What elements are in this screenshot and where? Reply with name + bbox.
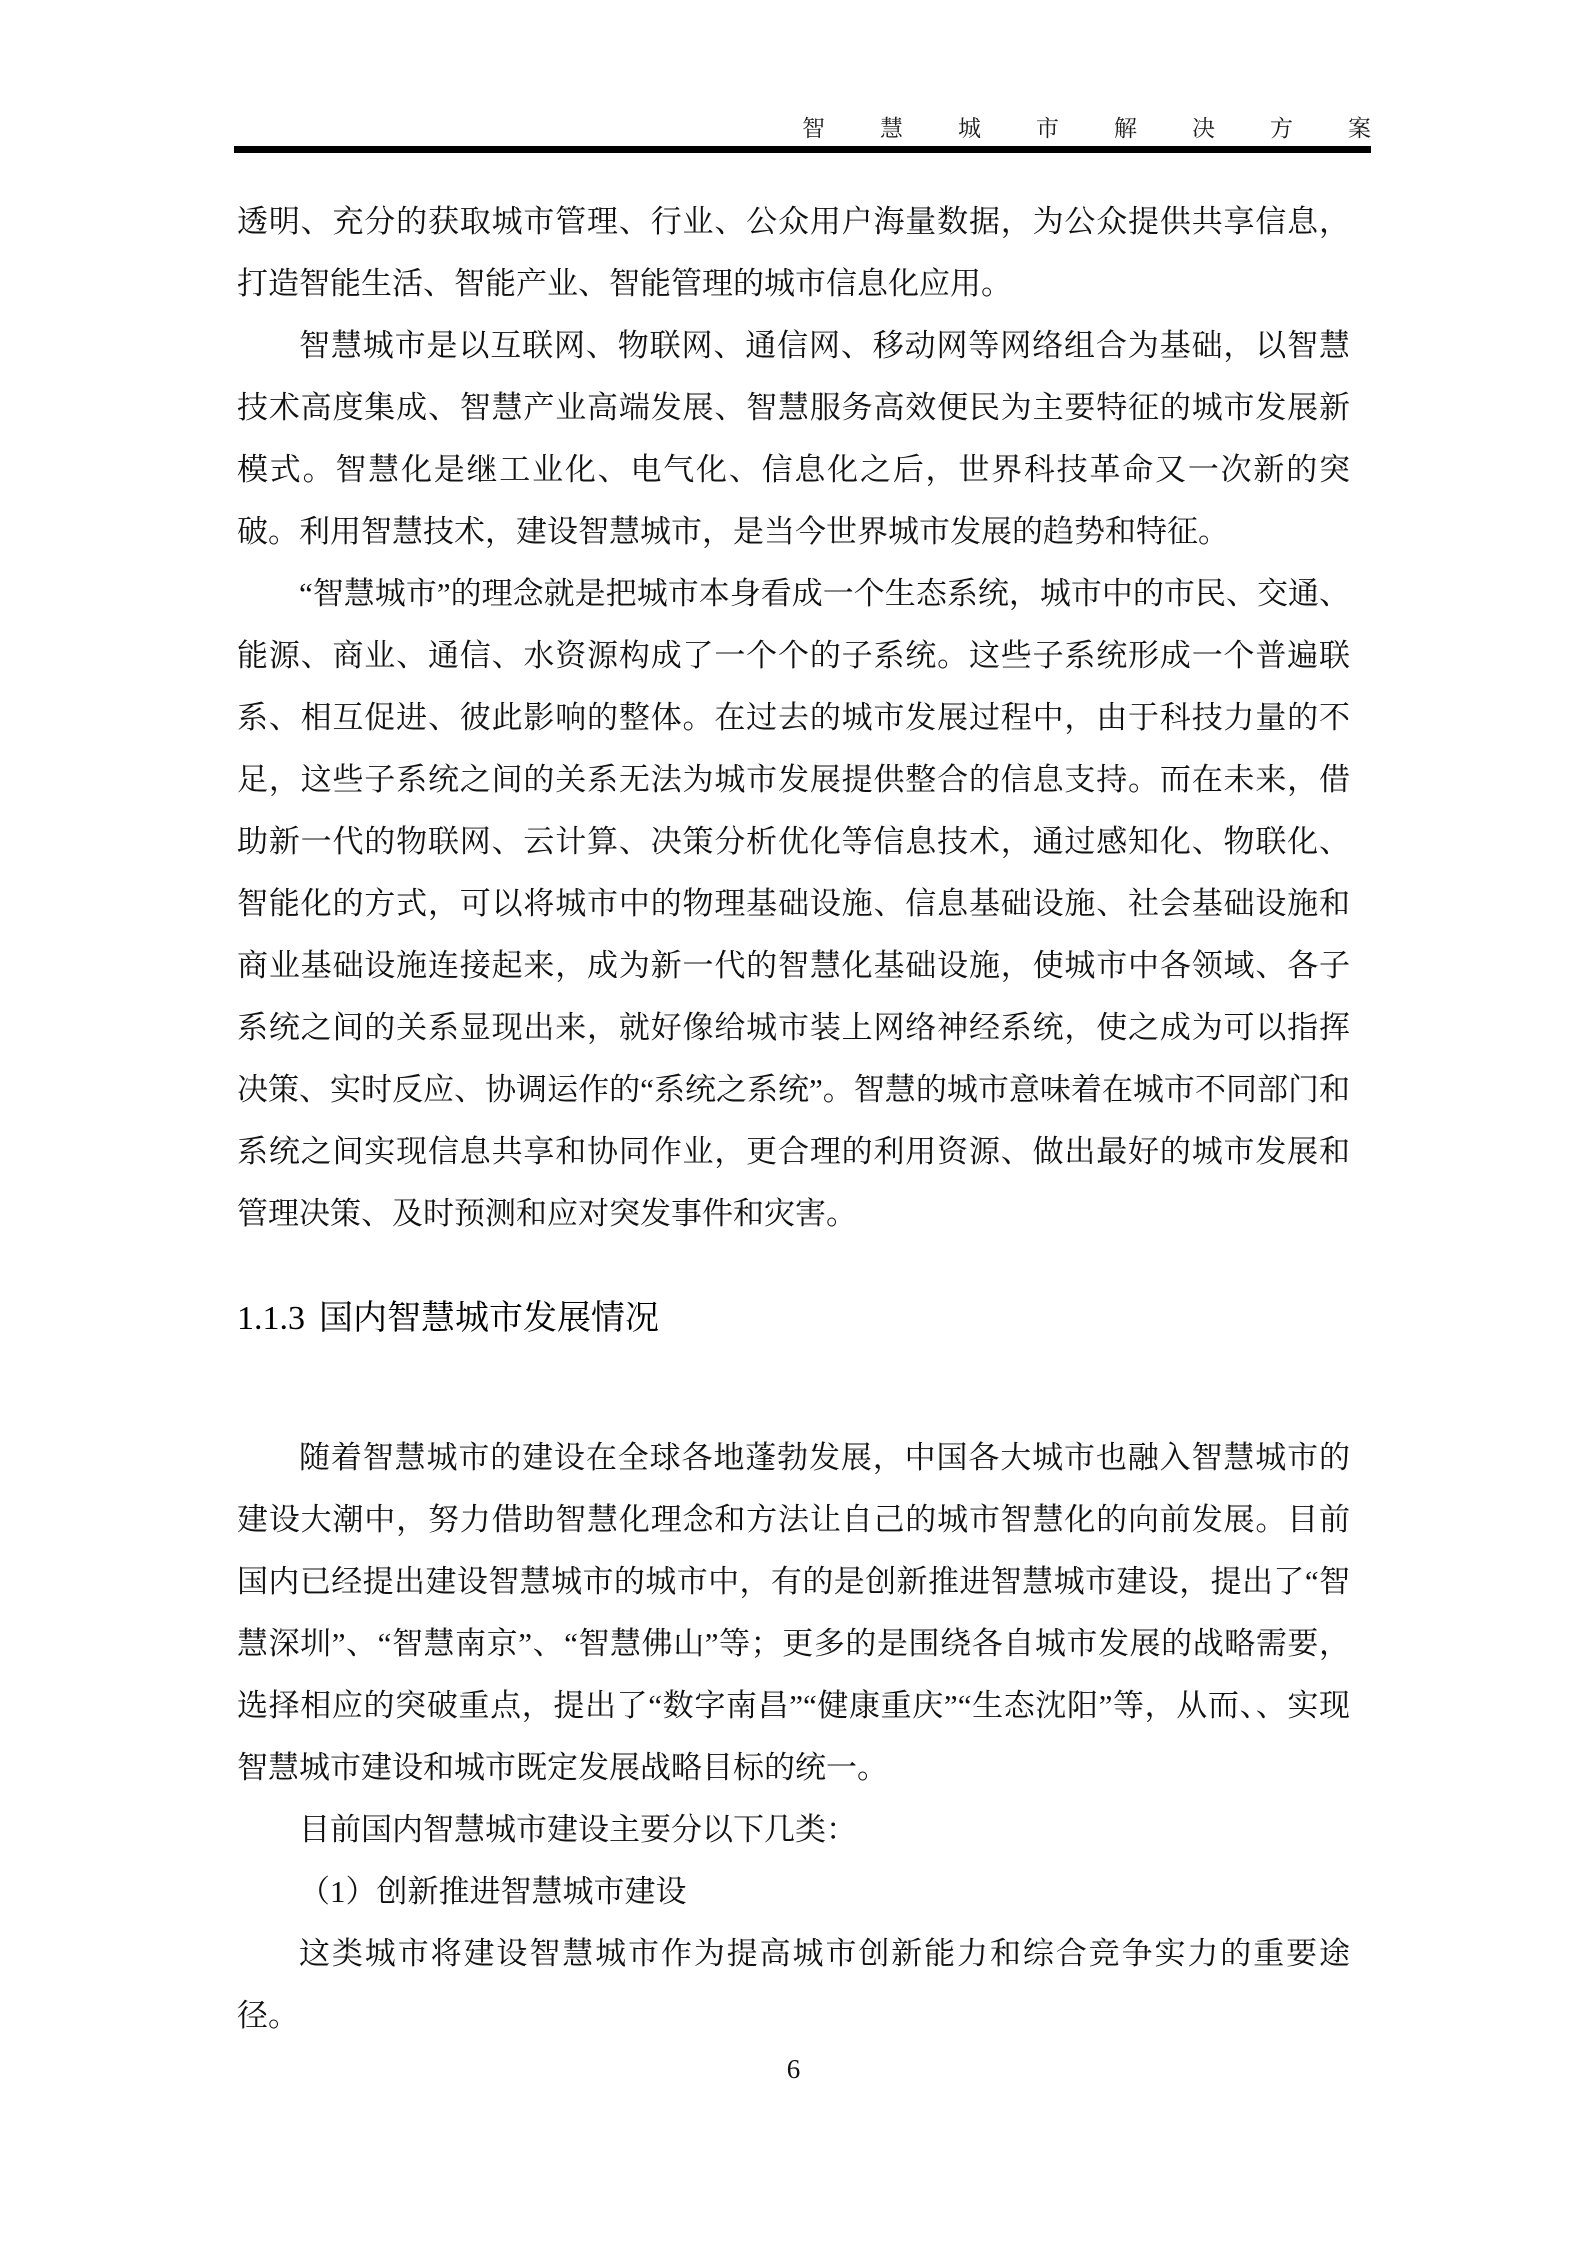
paragraph: 透明、充分的获取城市管理、行业、公众用户海量数据，为公众提供共享信息，打造智能生… <box>237 191 1350 315</box>
section-heading-title: 国内智慧城市发展情况 <box>319 1300 659 1337</box>
paragraph: 智慧城市是以互联网、物联网、通信网、移动网等网络组合为基础，以智慧技术高度集成、… <box>237 315 1350 563</box>
header-title: 智慧城市解决方案 <box>802 112 1426 146</box>
page-header: 智慧城市解决方案 <box>234 0 1371 153</box>
page-footer: 6 <box>0 2052 1587 2086</box>
document-body: 透明、充分的获取城市管理、行业、公众用户海量数据，为公众提供共享信息，打造智能生… <box>237 191 1350 2047</box>
document-page: 智慧城市解决方案 透明、充分的获取城市管理、行业、公众用户海量数据，为公众提供共… <box>0 0 1587 2243</box>
paragraph: 这类城市将建设智慧城市作为提高城市创新能力和综合竞争实力的重要途径。 <box>237 1923 1350 2047</box>
section-heading-number: 1.1.3 <box>237 1300 305 1337</box>
page-number: 6 <box>787 2054 801 2084</box>
paragraph: 目前国内智慧城市建设主要分以下几类： <box>237 1799 1350 1861</box>
paragraph: “智慧城市”的理念就是把城市本身看成一个生态系统，城市中的市民、交通、能源、商业… <box>237 563 1350 1245</box>
paragraph: 随着智慧城市的建设在全球各地蓬勃发展，中国各大城市也融入智慧城市的建设大潮中，努… <box>237 1427 1350 1799</box>
paragraph: （1）创新推进智慧城市建设 <box>237 1861 1350 1923</box>
section-heading: 1.1.3国内智慧城市发展情况 <box>237 1293 1350 1345</box>
